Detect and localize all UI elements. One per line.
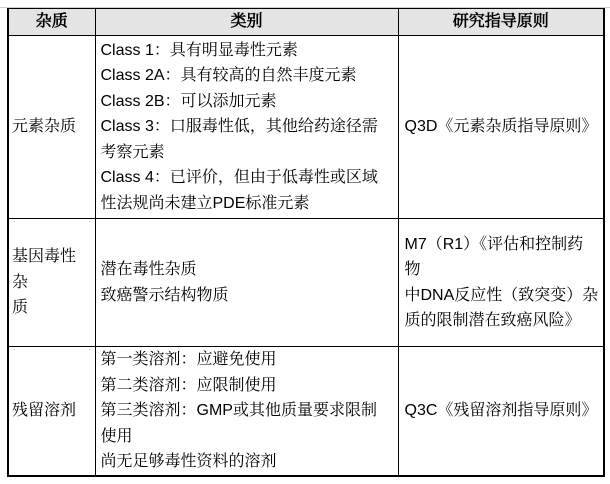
impurity-guidelines-table: 杂质 类别 研究指导原则 元素杂质 Class 1：具有明显毒性元素 Class… bbox=[7, 7, 605, 477]
cell-impurity-name: 元素杂质 bbox=[8, 36, 95, 219]
table-row-residual-solvents: 残留溶剂 第一类溶剂：应避免使用 第二类溶剂：应限制使用 第三类溶剂：GMP或其… bbox=[8, 347, 604, 476]
cell-guideline-reference: Q3C《残留溶剂指导原则》 bbox=[398, 347, 604, 476]
column-header-guideline: 研究指导原则 bbox=[398, 8, 604, 36]
cell-impurity-name: 基因毒性杂 质 bbox=[8, 219, 95, 347]
column-header-impurity: 杂质 bbox=[8, 8, 95, 36]
cell-category-list: 潜在毒性杂质 致癌警示结构物质 bbox=[95, 219, 398, 347]
column-header-category: 类别 bbox=[95, 8, 398, 36]
screen-top-edge bbox=[0, 7, 610, 8]
table-row-genotoxic-impurities: 基因毒性杂 质 潜在毒性杂质 致癌警示结构物质 M7（R1）《评估和控制药物 中… bbox=[8, 219, 604, 347]
cell-category-list: Class 1：具有明显毒性元素 Class 2A：具有较高的自然丰度元素 Cl… bbox=[95, 36, 398, 219]
cell-guideline-reference: M7（R1）《评估和控制药物 中DNA反应性（致突变）杂 质的限制潜在致癌风险》 bbox=[398, 219, 604, 347]
cell-impurity-name: 残留溶剂 bbox=[8, 347, 95, 476]
table-row-elemental-impurities: 元素杂质 Class 1：具有明显毒性元素 Class 2A：具有较高的自然丰度… bbox=[8, 36, 604, 219]
cell-guideline-reference: Q3D《元素杂质指导原则》 bbox=[398, 36, 604, 219]
cell-category-list: 第一类溶剂：应避免使用 第二类溶剂：应限制使用 第三类溶剂：GMP或其他质量要求… bbox=[95, 347, 398, 476]
header-row: 杂质 类别 研究指导原则 bbox=[8, 8, 604, 36]
